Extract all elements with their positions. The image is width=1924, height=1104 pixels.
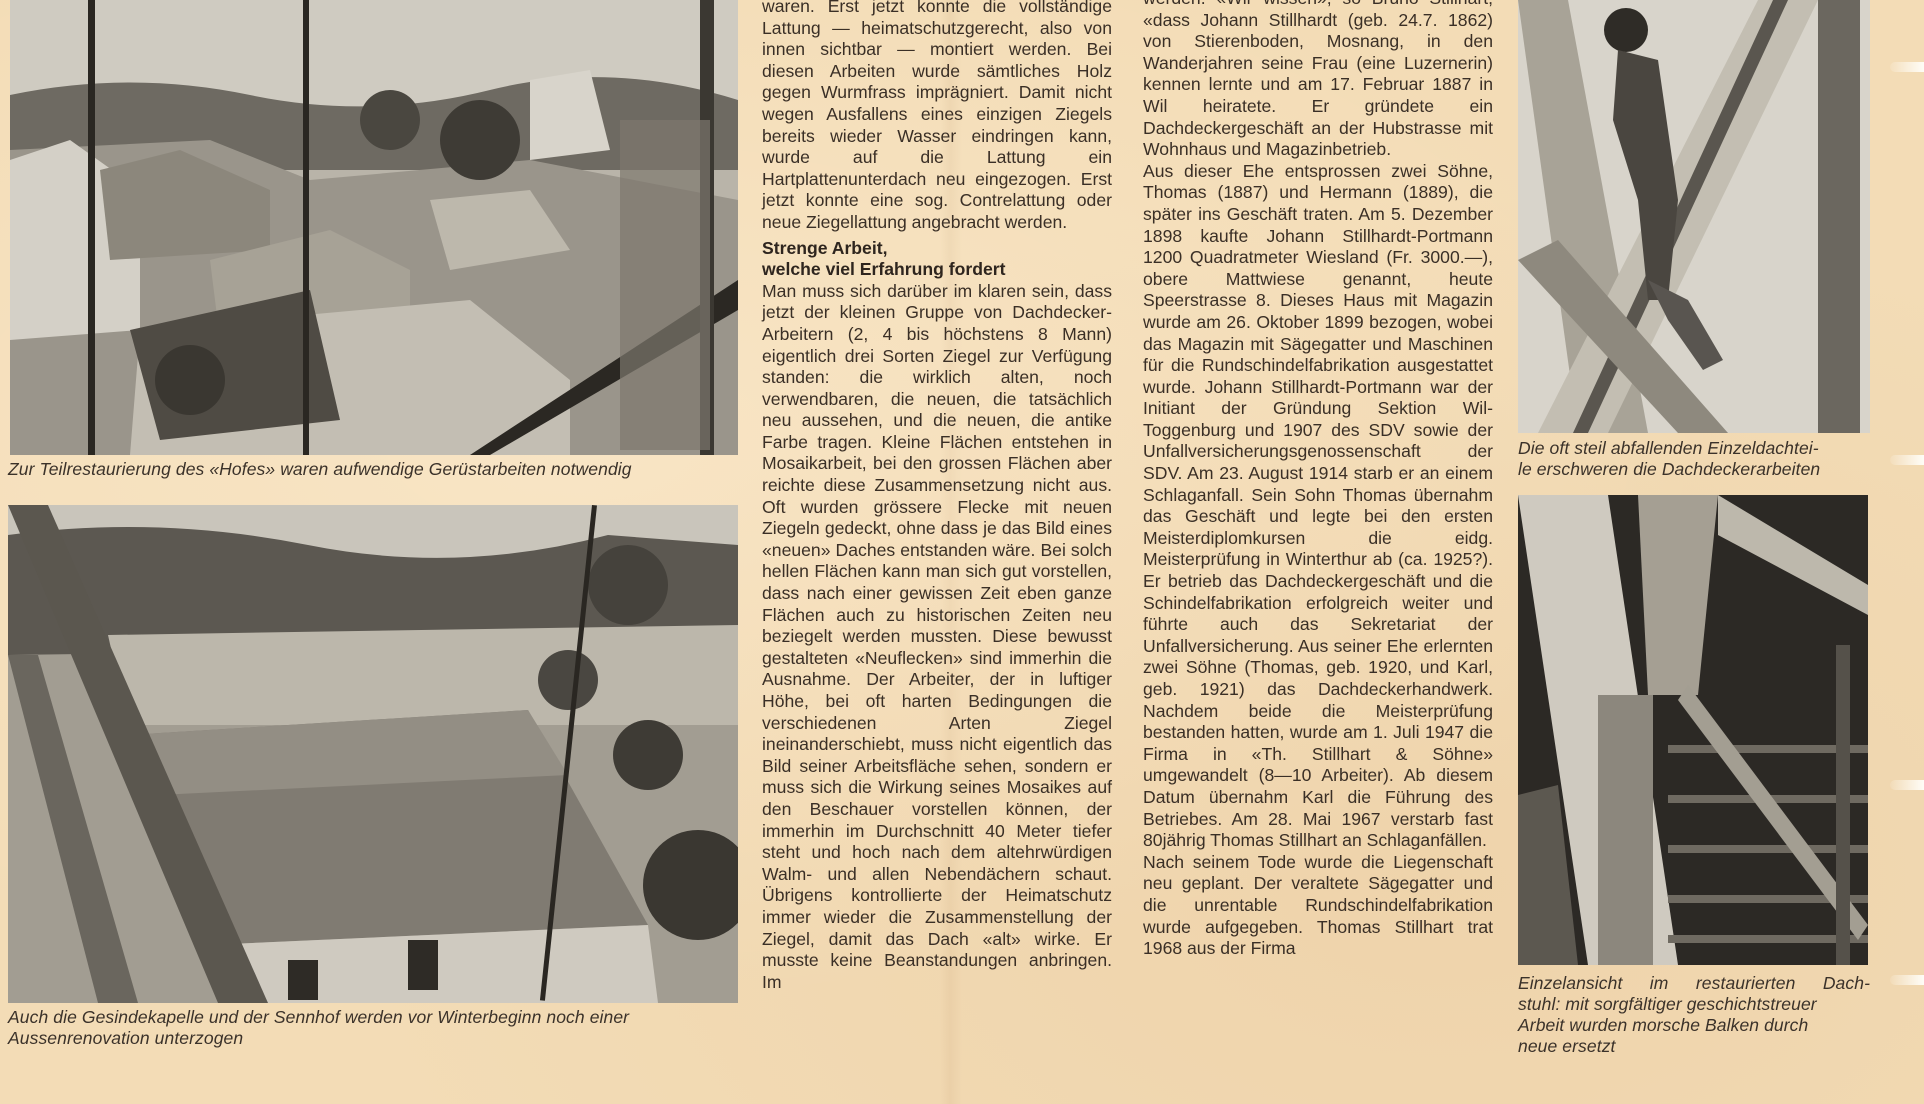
caption-roof-truss-line2: stuhl: mit sorgfältiger geschichtstreuer <box>1518 994 1888 1015</box>
caption-chapel-line2: Aussenrenovation unterzogen <box>8 1028 748 1049</box>
caption-roofer: Die oft steil abfallenden Einzeldachtei-… <box>1518 438 1888 480</box>
caption-roof-truss-line4: neue ersetzt <box>1518 1036 1888 1057</box>
caption-chapel-line1: Auch die Gesindekapelle und der Sennhof … <box>8 1007 748 1028</box>
photo-chapel-roof <box>8 505 738 1003</box>
paragraph-history-after: Nach seinem Tode wurde die Liegenschaft … <box>1143 852 1493 960</box>
punch-hole-mark <box>1890 455 1924 465</box>
photo-courtyard-aerial <box>10 0 738 455</box>
punch-hole-mark <box>1890 780 1924 790</box>
punch-hole-mark <box>1890 975 1924 985</box>
courtyard-image <box>10 0 738 455</box>
subheading-strenge-arbeit: Strenge Arbeit, welche viel Erfahrung fo… <box>762 238 1112 281</box>
subheading-line2: welche viel Erfahrung fordert <box>762 259 1005 279</box>
article-column-middle: waren. Erst jetzt konnte die vollständig… <box>762 0 1112 993</box>
caption-roof-truss-line3: Arbeit wurden morsche Balken durch <box>1518 1015 1888 1036</box>
paragraph-history-family: Aus dieser Ehe entsprossen zwei Söhne, T… <box>1143 161 1493 852</box>
article-column-right: werden. «Wir wissen», so Bruno Stillhart… <box>1143 0 1493 960</box>
paragraph-ziegel: Man muss sich darüber im klaren sein, da… <box>762 281 1112 994</box>
roofer-image <box>1518 0 1870 433</box>
paragraph-history-founding: werden. «Wir wissen», so Bruno Stillhart… <box>1143 0 1493 161</box>
caption-roofer-line2: le erschweren die Dachdeckerarbeiten <box>1518 459 1888 480</box>
caption-roof-truss-line1: Einzelansicht im restaurierten Dach- <box>1518 973 1870 994</box>
caption-roof-truss: Einzelansicht im restaurierten Dach- stu… <box>1518 973 1888 1057</box>
photo-roofer-on-truss <box>1518 0 1870 433</box>
paragraph-lattung: waren. Erst jetzt konnte die vollständig… <box>762 0 1112 234</box>
punch-hole-mark <box>1890 62 1924 72</box>
chapel-roof-image <box>8 505 738 1003</box>
caption-chapel: Auch die Gesindekapelle und der Sennhof … <box>8 1007 748 1049</box>
photo-roof-truss-interior <box>1518 495 1868 965</box>
roof-truss-image <box>1518 495 1868 965</box>
subheading-line1: Strenge Arbeit, <box>762 238 887 258</box>
caption-courtyard: Zur Teilrestaurierung des «Hofes» waren … <box>8 459 748 480</box>
caption-roofer-line1: Die oft steil abfallenden Einzeldachtei- <box>1518 438 1888 459</box>
